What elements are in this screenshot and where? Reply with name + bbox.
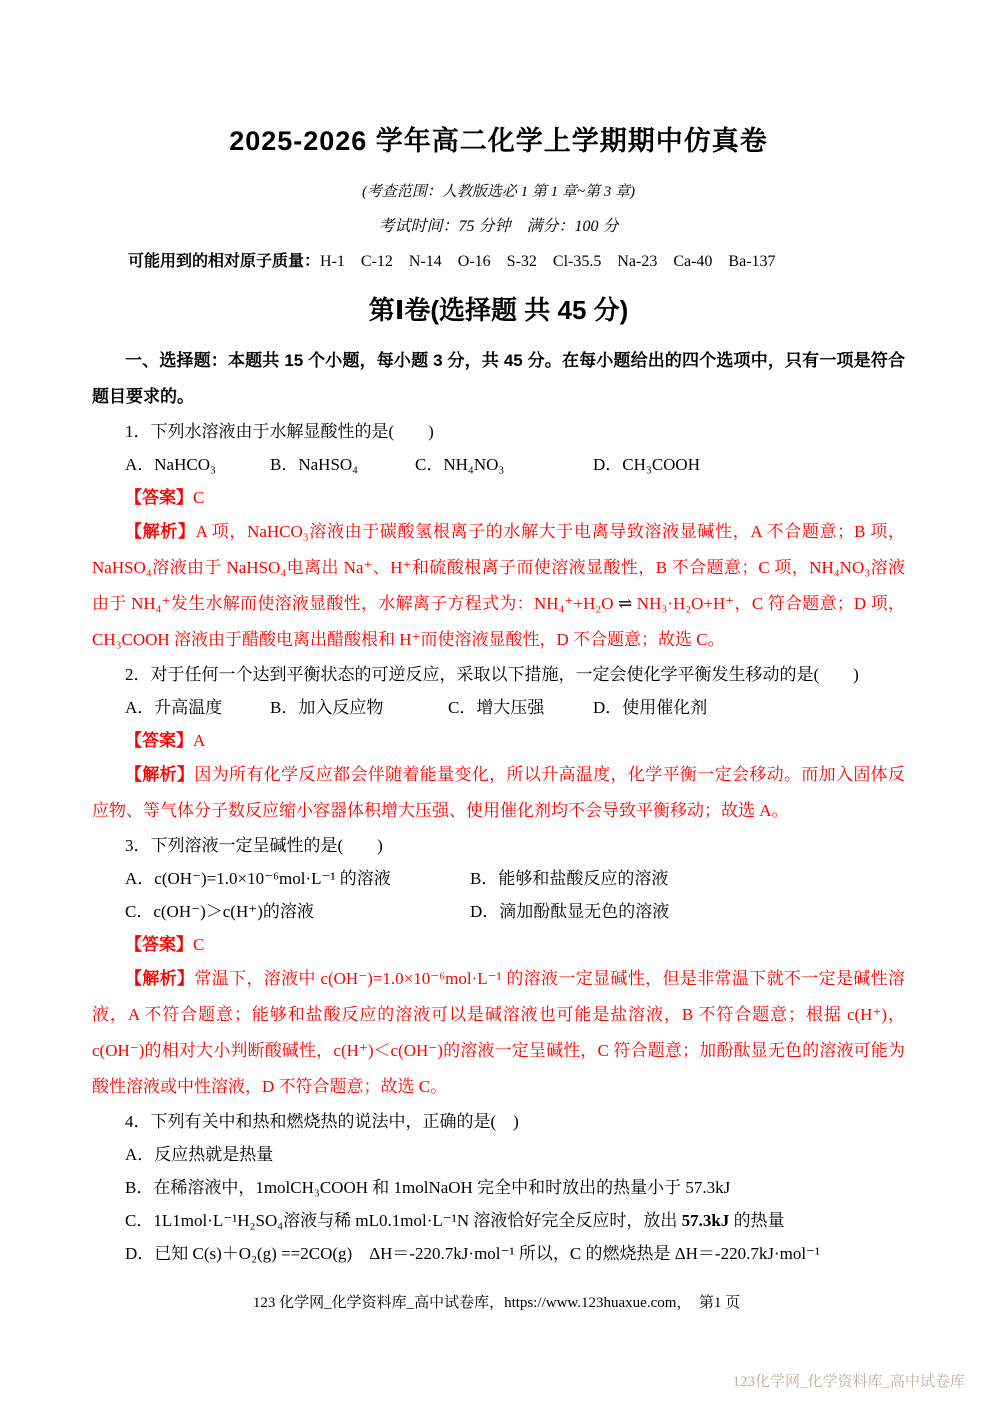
question-3-prompt: 3．下列溶液一定呈碱性的是( ) [92,829,905,862]
section-title: 第Ⅰ卷(选择题 共 45 分) [92,291,905,329]
question-2-options: A．升高温度B．加入反应物C．增大压强D．使用催化剂 [92,691,905,724]
question-1-answer: 【答案】C [92,481,905,514]
q4-option-c: C．1L1mol·L⁻¹H₂SO₄溶液与稀 mL0.1mol·L⁻¹N 溶液恰好… [92,1204,905,1237]
q4-option-a: A．反应热就是热量 [92,1138,905,1171]
answer-label: 【答案】 [125,935,193,954]
atomic-mass-values: H-1 C-12 N-14 O-16 S-32 Cl-35.5 Na-23 Ca… [320,253,776,270]
q1-option-d: D．CH₃COOH [593,448,700,481]
question-1-prompt: 1．下列水溶液由于水解显酸性的是( ) [92,415,905,448]
question-3-options-row-2: C．c(OH⁻)＞c(H⁺)的溶液D．滴加酚酞显无色的溶液 [92,895,905,928]
watermark: 123化学网_化学资料库_高中试卷库 [732,1372,965,1392]
q4-option-c-bold-value: 57.3kJ [682,1211,730,1230]
answer-label: 【答案】 [125,731,193,750]
q3-option-b: B．能够和盐酸反应的溶液 [470,862,668,895]
footer-page-number: ， 第1 页 [676,1295,740,1311]
q4-option-d: D．已知 C(s)＋O₂(g) ==2CO(g) ΔH＝-220.7kJ·mol… [92,1237,905,1270]
exam-title: 2025-2026 学年高二化学上学期期中仿真卷 [92,124,905,158]
q1-option-c: C．NH₄NO₃ [415,448,593,481]
question-1-options: A．NaHCO₃B．NaHSO₄C．NH₄NO₃D．CH₃COOH [92,448,905,481]
question-4-prompt: 4．下列有关中和热和燃烧热的说法中，正确的是( ) [92,1105,905,1138]
question-3-options-row-1: A．c(OH⁻)=1.0×10⁻⁶mol·L⁻¹ 的溶液B．能够和盐酸反应的溶液 [92,862,905,895]
section-instructions: 一、选择题：本题共 15 个小题，每小题 3 分，共 45 分。在每小题给出的四… [92,343,905,415]
equilibrium-arrow: ⇌ [618,594,632,613]
atomic-mass-label: 可能用到的相对原子质量： [128,253,320,270]
q2-option-c: C．增大压强 [448,691,593,724]
question-3-answer: 【答案】C [92,928,905,961]
analysis-label: 【解析】 [125,522,196,541]
q3-option-d: D．滴加酚酞显无色的溶液 [470,895,669,928]
question-2-analysis: 【解析】因为所有化学反应都会伴随着能量变化，所以升高温度，化学平衡一定会移动。而… [92,757,905,829]
atomic-mass-line: 可能用到的相对原子质量：H-1 C-12 N-14 O-16 S-32 Cl-3… [92,251,905,273]
q2-option-d: D．使用催化剂 [593,691,707,724]
analysis-label: 【解析】 [125,765,194,784]
question-1-analysis: 【解析】A 项，NaHCO₃溶液由于碳酸氢根离子的水解大于电离导致溶液显碱性，A… [92,514,905,658]
page-footer: 123 化学网_化学资料库_高中试卷库，https://www.123huaxu… [0,1293,993,1313]
question-2-prompt: 2．对于任何一个达到平衡状态的可逆反应，采取以下措施，一定会使化学平衡发生移动的… [92,658,905,691]
question-3-analysis: 【解析】常温下，溶液中 c(OH⁻)=1.0×10⁻⁶mol·L⁻¹ 的溶液一定… [92,961,905,1105]
q1-option-a: A．NaHCO₃ [125,448,270,481]
footer-url: https://www.123huaxue.com [504,1295,676,1311]
analysis-text: 常温下，溶液中 c(OH⁻)=1.0×10⁻⁶mol·L⁻¹ 的溶液一定显碱性，… [92,969,905,1096]
q2-option-b: B．加入反应物 [270,691,448,724]
analysis-text: 因为所有化学反应都会伴随着能量变化，所以升高温度，化学平衡一定会移动。而加入固体… [92,765,905,820]
q2-option-a: A．升高温度 [125,691,270,724]
q4-option-c-text: 的热量 [729,1211,784,1230]
answer-value: C [193,935,204,954]
q1-option-b: B．NaHSO₄ [270,448,415,481]
exam-time-and-score: 考试时间：75 分钟 满分：100 分 [92,216,905,237]
analysis-label: 【解析】 [125,969,194,988]
q4-option-b: B．在稀溶液中，1molCH₃COOH 和 1molNaOH 完全中和时放出的热… [92,1171,905,1204]
exam-page: 2025-2026 学年高二化学上学期期中仿真卷 (考查范围：人教版选必 1 第… [0,0,993,1404]
answer-value: C [193,488,204,507]
exam-scope: (考查范围：人教版选必 1 第 1 章~第 3 章) [92,182,905,203]
answer-value: A [193,731,205,750]
q3-option-c: C．c(OH⁻)＞c(H⁺)的溶液 [125,895,470,928]
q3-option-a: A．c(OH⁻)=1.0×10⁻⁶mol·L⁻¹ 的溶液 [125,862,470,895]
footer-site: 123 化学网_化学资料库_高中试卷库， [253,1295,504,1311]
q4-option-c-text: C．1L1mol·L⁻¹H₂SO₄溶液与稀 mL0.1mol·L⁻¹N 溶液恰好… [125,1211,682,1230]
answer-label: 【答案】 [125,488,193,507]
question-2-answer: 【答案】A [92,724,905,757]
